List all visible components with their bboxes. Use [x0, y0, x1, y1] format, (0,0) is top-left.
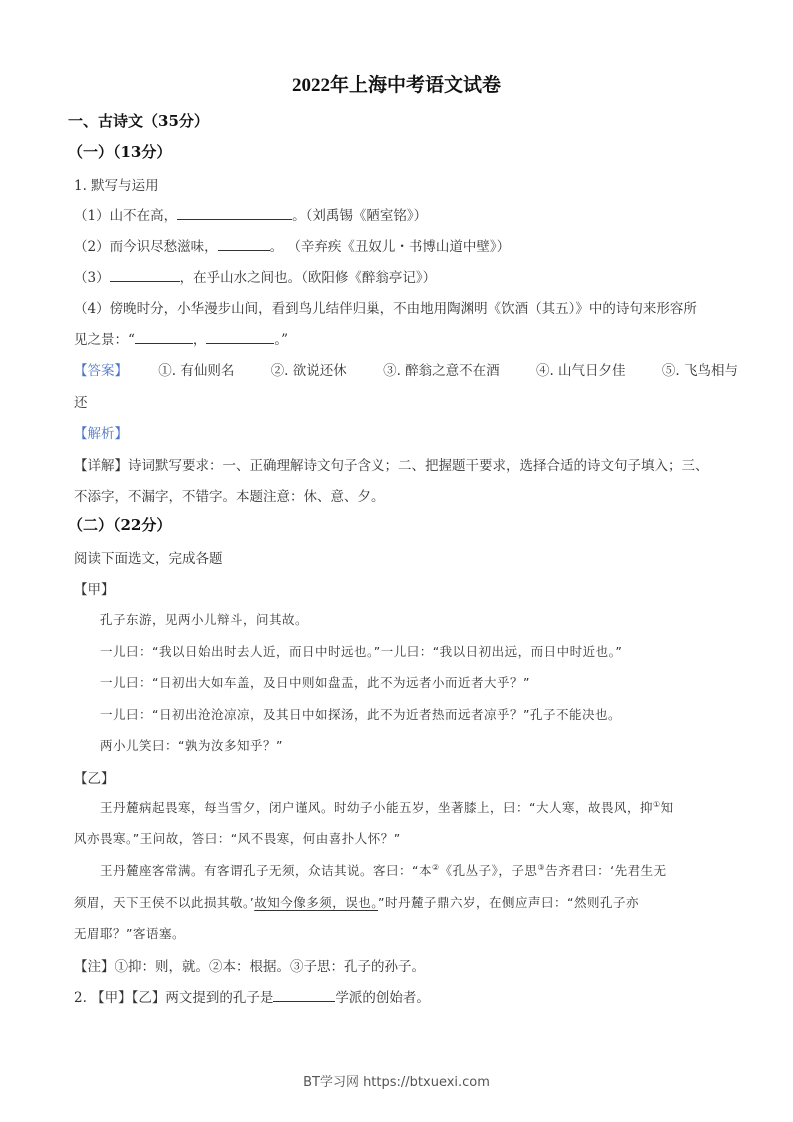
question-2: 2. 【甲】【乙】两文提到的孔子是学派的创始者。	[74, 986, 430, 1006]
answer-item: ①. 有仙则名	[158, 359, 234, 379]
answer-item: ④. 山气日夕佳	[536, 359, 626, 379]
passage-yi-line: 无眉耶？”客语塞。	[74, 924, 185, 942]
question-1-item-3: （3），在乎山水之间也。（欧阳修《醉翁亭记》）	[74, 266, 436, 286]
question-1-item-4-cont: 见之景：“，。”	[74, 328, 288, 348]
answer-label: 【答案】	[74, 363, 128, 379]
detail-label: 【详解】	[74, 458, 128, 474]
passage-jia-line: 两小儿笑曰：“孰为汝多知乎？”	[100, 736, 283, 754]
passage-jia-line: 孔子东游，见两小儿辩斗，问其故。	[100, 610, 308, 628]
passage-jia-label: 【甲】	[74, 578, 115, 598]
question-1-title: 1. 默写与运用	[74, 174, 159, 194]
footnote-marker: ②	[432, 863, 440, 872]
passage-yi-line: 王丹麓病起畏寒，每当雪夕，闭户谨风。时幼子小能五岁，坐著膝上，曰：“大人寒，故畏…	[100, 798, 674, 816]
passage-jia-line: 一儿曰：“我以日始出时去人近，而日中时远也。”一儿曰：“我以日初出远，而日中时近…	[100, 642, 622, 660]
section-heading: 一、古诗文（35分）	[68, 110, 209, 131]
underlined-sentence: 故知今像多须，误也。	[254, 895, 378, 910]
question-1-item-4: （4）傍晚时分，小华漫步山间，看到鸟儿结伴归巢，不由地用陶渊明《饮酒（其五）》中…	[74, 297, 697, 317]
answer-blank[interactable]	[218, 237, 270, 251]
passage-yi-line: 须眉，天下王侯不以此损其敬。’故知今像多须，误也。”时丹麓子鼎六岁，在侧应声曰：…	[74, 893, 639, 911]
passage-yi-line: 王丹麓座客常满。有客谓孔子无须，众诘其说。客曰：“本②《孔丛子》，子思③告齐君曰…	[100, 861, 667, 879]
answer-item: ②. 欲说还休	[271, 359, 347, 379]
part2-heading: （二）（22分）	[68, 514, 171, 535]
question-1-item-1: （1）山不在高，。（刘禹锡《陋室铭》）	[74, 204, 427, 224]
footnote-marker: ③	[537, 863, 545, 872]
passage-jia-line: 一儿曰：“日初出沧沧凉凉，及其日中如探汤，此不为近者热而远者凉乎？”孔子不能决也…	[100, 705, 621, 723]
answer-item: ⑤. 飞鸟相与	[662, 359, 738, 379]
question-1-item-2: （2）而今识尽愁滋味，。 （辛弃疾《丑奴儿・书博山道中壁》）	[74, 235, 510, 255]
part1-heading: （一）（13分）	[68, 141, 171, 162]
passage-jia-line: 一儿曰：“日初出大如车盖，及日中则如盘盂，此不为远者小而近者大乎？”	[100, 673, 530, 691]
passage-yi-line: 风亦畏寒。”王问故，答曰：“风不畏寒，何由喜扑人怀？”	[74, 829, 401, 847]
page-title: 2022年上海中考语文试卷	[0, 70, 793, 97]
detail-line-1: 【详解】诗词默写要求：一、正确理解诗文句子含义；二、把握题干要求，选择合适的诗文…	[74, 454, 709, 474]
passage-yi-label: 【乙】	[74, 767, 115, 787]
answer-row: 【答案】 ①. 有仙则名 ②. 欲说还休 ③. 醉翁之意不在酒 ④. 山气日夕佳…	[74, 359, 738, 379]
answer-blank[interactable]	[177, 206, 292, 220]
answer-blank[interactable]	[206, 330, 274, 344]
footnote-marker: ①	[653, 800, 661, 809]
answer-blank[interactable]	[135, 330, 193, 344]
answer-blank[interactable]	[110, 268, 180, 282]
answer-wrap: 还	[74, 391, 88, 411]
analysis-label: 【解析】	[74, 422, 128, 442]
detail-line-2: 不添字，不漏字，不错字。本题注意：休、意、夕。	[74, 485, 385, 505]
answer-item: ③. 醉翁之意不在酒	[383, 359, 500, 379]
annotation-note: 【注】①抑：则，就。②本：根据。③子思：孔子的孙子。	[74, 955, 425, 975]
reading-instruction: 阅读下面选文，完成各题	[74, 547, 223, 567]
answer-blank[interactable]	[273, 988, 335, 1002]
exam-page: 2022年上海中考语文试卷 一、古诗文（35分） （一）（13分） 1. 默写与…	[0, 0, 793, 1122]
footer-watermark: BT学习网 https://btxuexi.com	[0, 1071, 793, 1090]
